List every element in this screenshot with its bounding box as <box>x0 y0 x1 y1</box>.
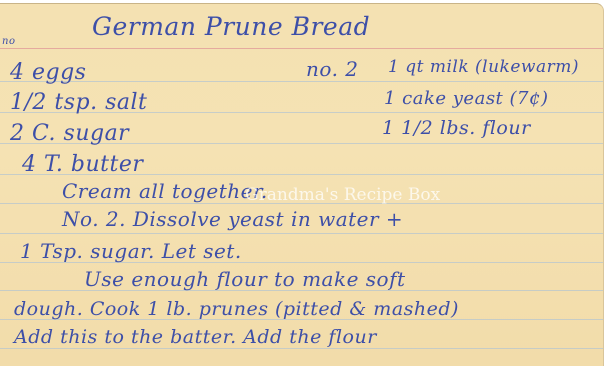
instruction-line-1: Cream all together. <box>62 179 268 203</box>
instruction-line-3: 1 Tsp. sugar. Let set. <box>20 239 242 263</box>
instruction-line-6: Add this to the batter. Add the flour <box>14 326 377 348</box>
ruled-line <box>0 81 603 82</box>
watermark: Grandma's Recipe Box <box>245 185 440 205</box>
ingredient-sugar: 2 C. sugar <box>10 121 129 146</box>
ingredient-eggs: 4 eggs <box>10 60 86 85</box>
part-2-label: no. 2 <box>306 57 359 81</box>
instruction-line-2: No. 2. Dissolve yeast in water + <box>62 207 403 231</box>
ruled-line <box>0 233 603 234</box>
recipe-title: German Prune Bread <box>92 12 370 41</box>
instruction-line-4: Use enough flour to make soft <box>84 267 406 291</box>
ingredient-flour: 1 1/2 lbs. flour <box>382 117 531 139</box>
header-red-rule <box>0 48 603 49</box>
ingredient-butter: 4 T. butter <box>22 152 143 177</box>
instruction-line-5: dough. Cook 1 lb. prunes (pitted & mashe… <box>14 298 459 320</box>
recipe-card: no German Prune Bread 4 eggs 1/2 tsp. sa… <box>0 3 604 365</box>
ingredient-salt: 1/2 tsp. salt <box>10 90 147 115</box>
ruled-line <box>0 348 603 349</box>
corner-note: no <box>2 36 15 47</box>
ingredient-yeast: 1 cake yeast (7¢) <box>384 88 548 109</box>
ingredient-milk: 1 qt milk (lukewarm) <box>388 57 579 77</box>
